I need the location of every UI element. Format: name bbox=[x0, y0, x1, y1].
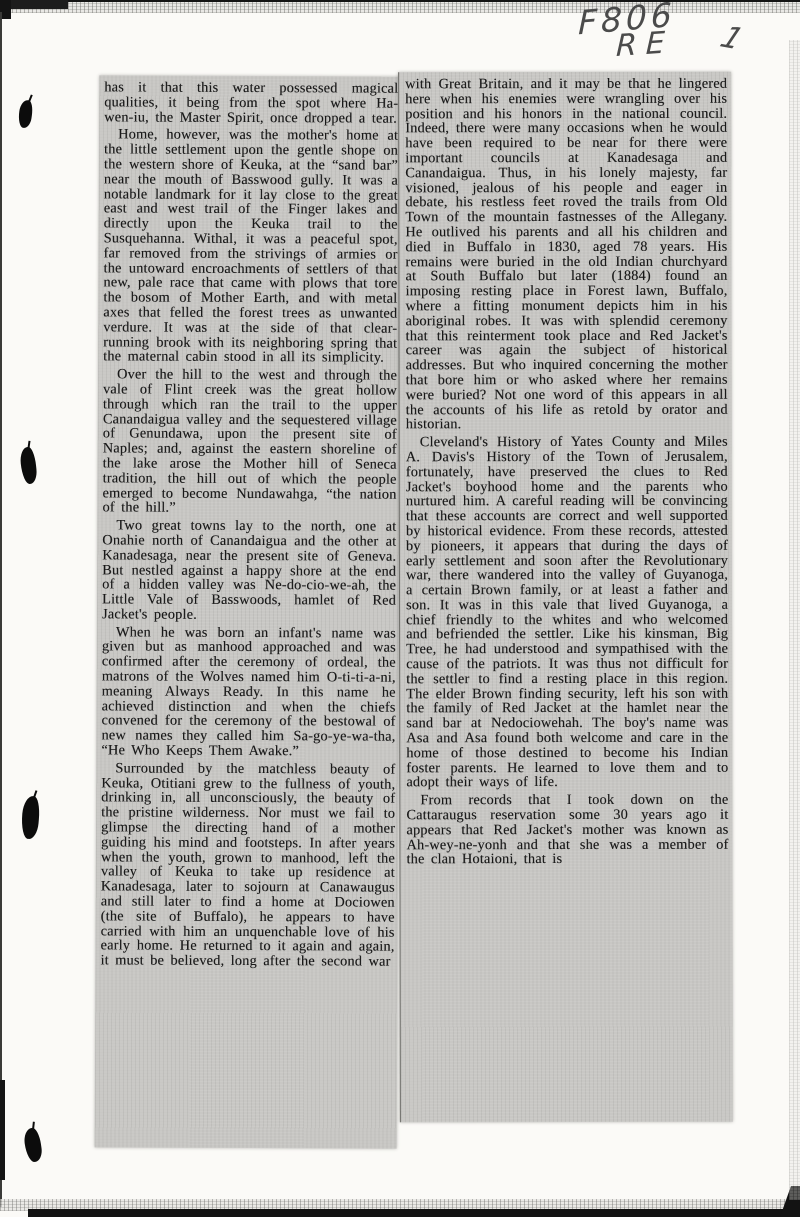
top-edge-line bbox=[0, 0, 800, 2]
column-paragraph: From records that I took down on the Cat… bbox=[406, 793, 728, 868]
handwritten-catalog-letters: RE bbox=[616, 28, 675, 62]
bottom-edge-line bbox=[28, 1209, 800, 1217]
ink-blot bbox=[23, 1127, 44, 1163]
newspaper-right-column: with Great Britain, and it may be that h… bbox=[398, 72, 733, 1123]
ink-blot bbox=[17, 99, 34, 129]
left-edge-line bbox=[0, 12, 2, 1207]
column-paragraph: with Great Britain, and it may be that h… bbox=[405, 77, 728, 433]
ink-blot bbox=[20, 795, 41, 839]
ink-blot bbox=[19, 446, 38, 484]
column-paragraph: Cleveland's History of Yates County and … bbox=[406, 435, 729, 791]
column-paragraph: When he was born an infant's name was gi… bbox=[101, 625, 396, 759]
column-paragraph: Over the hill to the west and through th… bbox=[102, 368, 397, 517]
scanned-page: F806 RE 1 has it that this water possess… bbox=[0, 0, 800, 1217]
column-paragraph: Surrounded by the matchless beauty of Ke… bbox=[100, 761, 395, 969]
right-edge-scan-noise bbox=[789, 40, 800, 1200]
handwritten-page-mark: 1 bbox=[716, 23, 747, 55]
column-paragraph: Two great towns lay to the north, one at… bbox=[102, 518, 396, 623]
column-paragraph: Home, however, was the mother's home at … bbox=[103, 128, 398, 366]
column-paragraph: has it that this water possessed magical… bbox=[104, 80, 398, 126]
newspaper-left-column: has it that this water possessed magical… bbox=[95, 75, 402, 1148]
left-edge-bar bbox=[0, 1080, 5, 1180]
top-edge-scan-noise bbox=[0, 2, 800, 13]
